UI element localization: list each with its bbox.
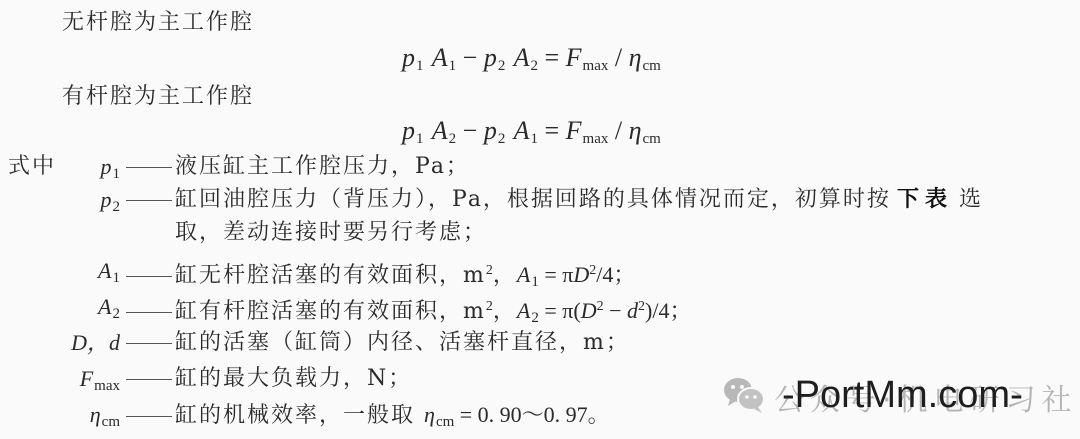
definition-symbol: A2: [0, 292, 120, 329]
em-dash: [126, 276, 172, 277]
definition-symbol: p1: [0, 152, 120, 189]
definition-p2-continuation: 取，差动连接时要另行考虑；: [175, 218, 487, 248]
definition-symbol: D，d: [0, 328, 120, 358]
definition-symbol: A1: [0, 256, 120, 293]
em-dash: [126, 379, 172, 380]
watermark: 公众号·机电研习社 -PortMm.com-: [722, 372, 1078, 422]
formula-rodless: p1 A1 − p2 A2 = Fmax / ηcm: [402, 43, 661, 81]
formula-rod: p1 A2 − p2 A1 = Fmax / ηcm: [402, 116, 661, 154]
definition-symbol: Fmax: [0, 364, 120, 401]
definition-symbol: p2: [0, 185, 120, 222]
wechat-icon: [722, 375, 768, 419]
heading-rod-chamber: 有杆腔为主工作腔: [62, 82, 254, 112]
em-dash: [126, 343, 172, 344]
em-dash: [126, 167, 172, 168]
watermark-en-text: -PortMm.com-: [782, 374, 1023, 417]
heading-rodless-chamber: 无杆腔为主工作腔: [62, 8, 254, 38]
em-dash: [126, 416, 172, 417]
em-dash: [126, 200, 172, 201]
em-dash: [126, 312, 172, 313]
table-reference-link[interactable]: 下表: [897, 187, 953, 212]
definition-symbol: ηcm: [0, 400, 120, 437]
